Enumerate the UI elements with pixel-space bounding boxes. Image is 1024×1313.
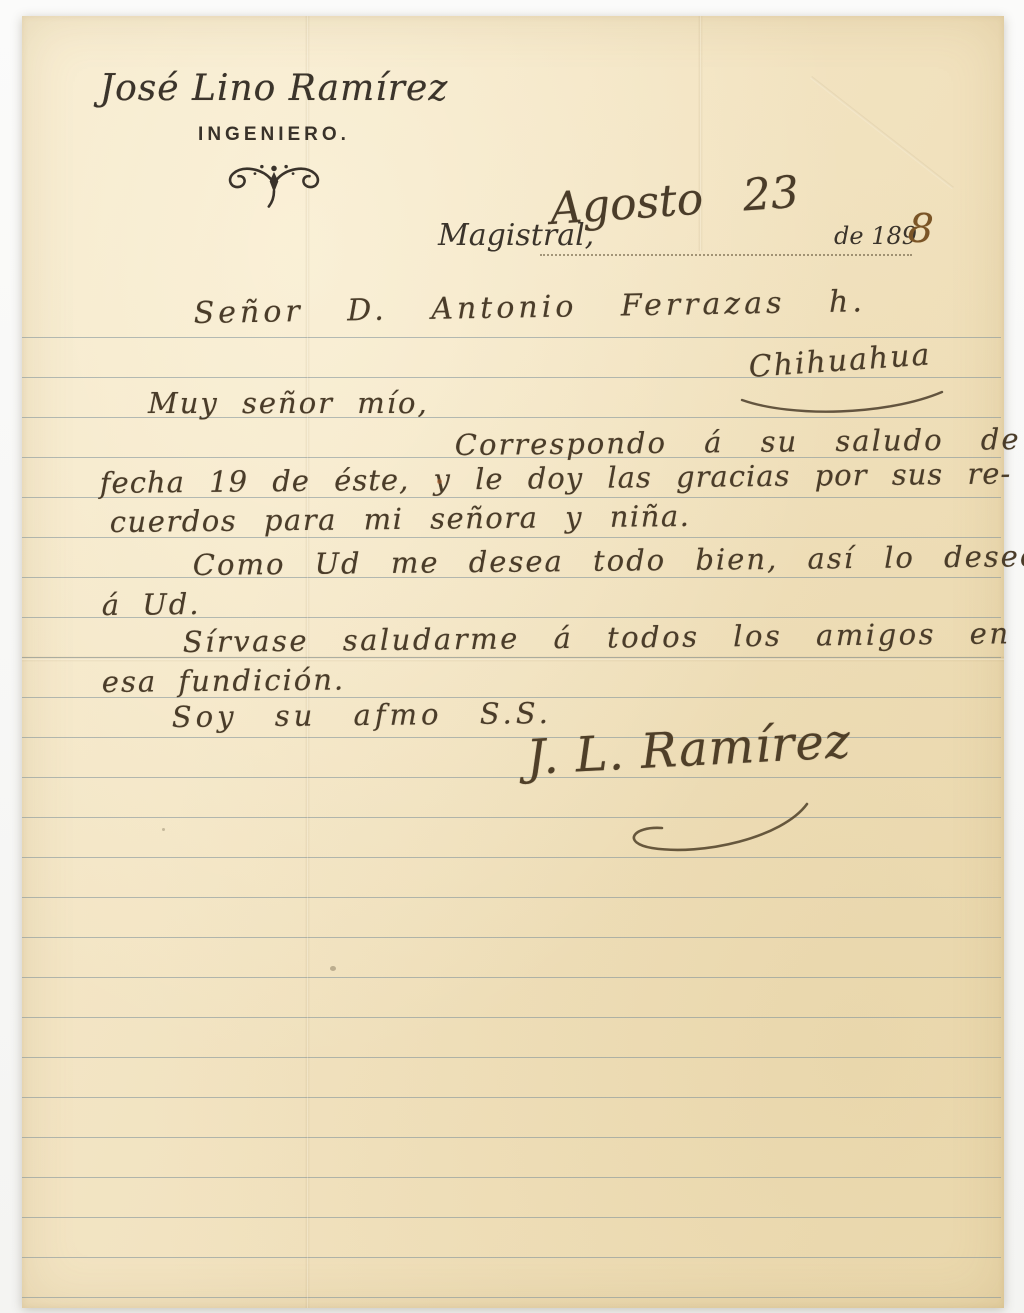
paper-speck — [437, 479, 442, 484]
salutation: Muy señor mío, — [148, 386, 429, 420]
scan-background: José Lino Ramírez INGENIERO. — [0, 0, 1024, 1313]
handwritten-year-digit: 8 — [907, 205, 935, 252]
body-line: á Ud. — [102, 587, 201, 622]
corner-crease — [810, 76, 954, 189]
paper-speck — [330, 966, 336, 971]
letter-paper: José Lino Ramírez INGENIERO. — [22, 16, 1004, 1308]
closing-line: Soy su afmo S.S. — [172, 696, 552, 734]
handwritten-date: Agosto 23 — [548, 167, 800, 235]
fleuron-icon — [192, 158, 356, 214]
body-line: esa fundición. — [102, 662, 346, 699]
signature-flourish-icon — [582, 798, 812, 858]
body-line: cuerdos para mi señora y niña. — [110, 499, 691, 539]
letterhead-title: INGENIERO. — [94, 124, 454, 146]
body-line: Correspondo á su saludo de — [455, 422, 1021, 462]
underline-flourish-icon — [738, 388, 948, 422]
letterhead-name: José Lino Ramírez — [94, 68, 454, 109]
printed-year-prefix: de 189 — [834, 222, 917, 250]
addressee-line: Señor D. Antonio Ferrazas h. — [193, 284, 866, 331]
paper-speck — [162, 828, 165, 831]
